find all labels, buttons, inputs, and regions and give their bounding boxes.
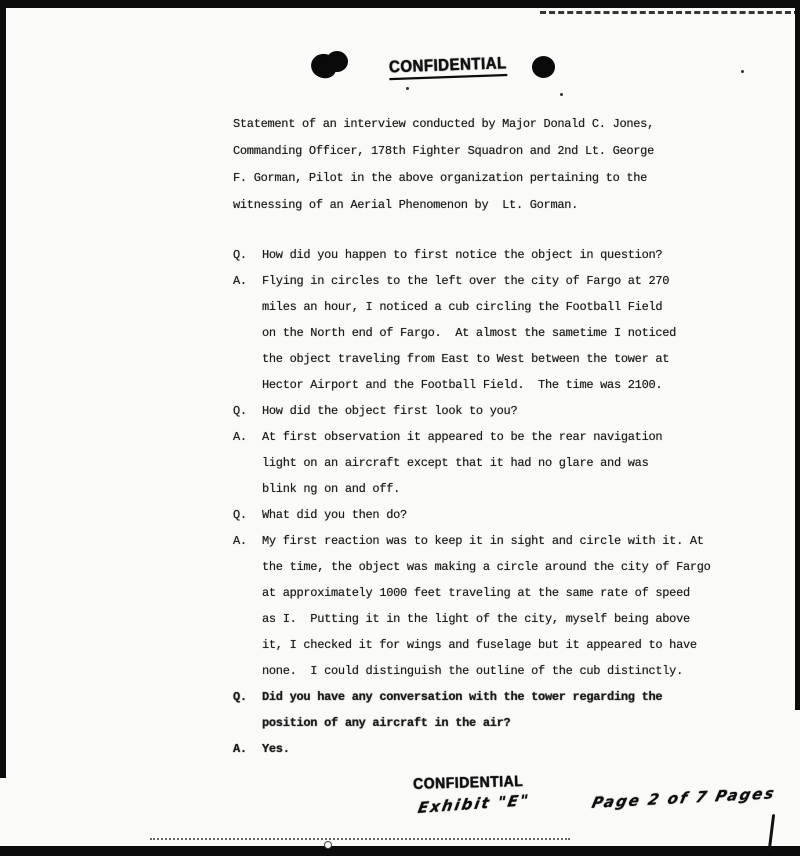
scan-edge-top (0, 0, 800, 8)
qa-row: A.At first observation it appeared to be… (233, 424, 711, 502)
qa-line: Hector Airport and the Football Field. T… (262, 372, 676, 398)
qa-answer-text: Did you have any conversation with the t… (262, 684, 662, 736)
qa-answer-text: How did the object first look to you? (262, 398, 517, 424)
exhibit-annotation: Exhibit "E" (417, 791, 532, 817)
qa-line: What did you then do? (262, 502, 407, 528)
qa-line: Flying in circles to the left over the c… (262, 268, 676, 294)
qa-line: blink ng on and off. (262, 476, 662, 502)
qa-row: A.Yes. (233, 736, 711, 762)
scanned-document-page: CONFIDENTIAL Statement of an interview c… (0, 0, 800, 856)
qa-line: at approximately 1000 feet traveling at … (262, 580, 711, 606)
confidential-stamp-bottom: CONFIDENTIAL (413, 772, 524, 792)
speck (406, 87, 409, 90)
qa-line: none. I could distinguish the outline of… (262, 658, 711, 684)
qa-line: light on an aircraft except that it had … (262, 450, 662, 476)
qa-answer-text: At first observation it appeared to be t… (262, 424, 662, 502)
qa-speaker-label: Q. (233, 242, 262, 268)
qa-answer-text: Yes. (262, 736, 290, 762)
qa-speaker-label: A. (233, 528, 262, 684)
qa-answer-text: My first reaction was to keep it in sigh… (262, 528, 711, 684)
qa-row: Q.What did you then do? (233, 502, 711, 528)
confidential-stamp-top: CONFIDENTIAL (389, 54, 507, 80)
qa-line: Yes. (262, 736, 290, 762)
scan-edge-bottom (0, 846, 800, 856)
page-number-annotation: Page 2 of 7 Pages (590, 784, 778, 812)
qa-speaker-label: A. (233, 268, 262, 398)
qa-line: Did you have any conversation with the t… (262, 684, 662, 710)
scan-edge-bottom-dots (150, 838, 570, 840)
scan-edge-left (0, 0, 6, 778)
qa-line: the object traveling from East to West b… (262, 346, 676, 372)
qa-line: miles an hour, I noticed a cub circling … (262, 294, 676, 320)
qa-speaker-label: Q. (233, 684, 262, 736)
intro-line: witnessing of an Aerial Phenomenon by Lt… (233, 192, 654, 219)
intro-paragraph: Statement of an interview conducted by M… (233, 111, 654, 219)
qa-speaker-label: Q. (233, 502, 262, 528)
qa-answer-text: Flying in circles to the left over the c… (262, 268, 676, 398)
qa-line: My first reaction was to keep it in sigh… (262, 528, 711, 554)
qa-row: Q.How did you happen to first notice the… (233, 242, 711, 268)
scan-edge-top-dash (540, 11, 800, 14)
scan-edge-right (795, 8, 800, 710)
qa-answer-text: How did you happen to first notice the o… (262, 242, 662, 268)
qa-row: Q.How did the object first look to you? (233, 398, 711, 424)
qa-line: At first observation it appeared to be t… (262, 424, 662, 450)
qa-line: How did you happen to first notice the o… (262, 242, 662, 268)
qa-answer-text: What did you then do? (262, 502, 407, 528)
qa-row: Q.Did you have any conversation with the… (233, 684, 711, 736)
qa-list: Q.How did you happen to first notice the… (233, 242, 711, 762)
qa-line: How did the object first look to you? (262, 398, 517, 424)
pen-stroke-mark (768, 814, 775, 850)
speck (741, 70, 744, 73)
intro-line: Commanding Officer, 178th Fighter Squadr… (233, 138, 654, 165)
speck (324, 841, 332, 849)
intro-line: Statement of an interview conducted by M… (233, 111, 654, 138)
qa-row: A.Flying in circles to the left over the… (233, 268, 711, 398)
qa-speaker-label: A. (233, 424, 262, 502)
qa-line: on the North end of Fargo. At almost the… (262, 320, 676, 346)
speck (560, 93, 563, 96)
qa-line: it, I checked it for wings and fuselage … (262, 632, 711, 658)
ink-dot-icon (532, 56, 555, 78)
qa-line: the time, the object was making a circle… (262, 554, 711, 580)
intro-line: F. Gorman, Pilot in the above organizati… (233, 165, 654, 192)
qa-speaker-label: A. (233, 736, 262, 762)
qa-line: position of any aircraft in the air? (262, 710, 662, 736)
qa-row: A.My first reaction was to keep it in si… (233, 528, 711, 684)
qa-line: as I. Putting it in the light of the cit… (262, 606, 711, 632)
qa-speaker-label: Q. (233, 398, 262, 424)
